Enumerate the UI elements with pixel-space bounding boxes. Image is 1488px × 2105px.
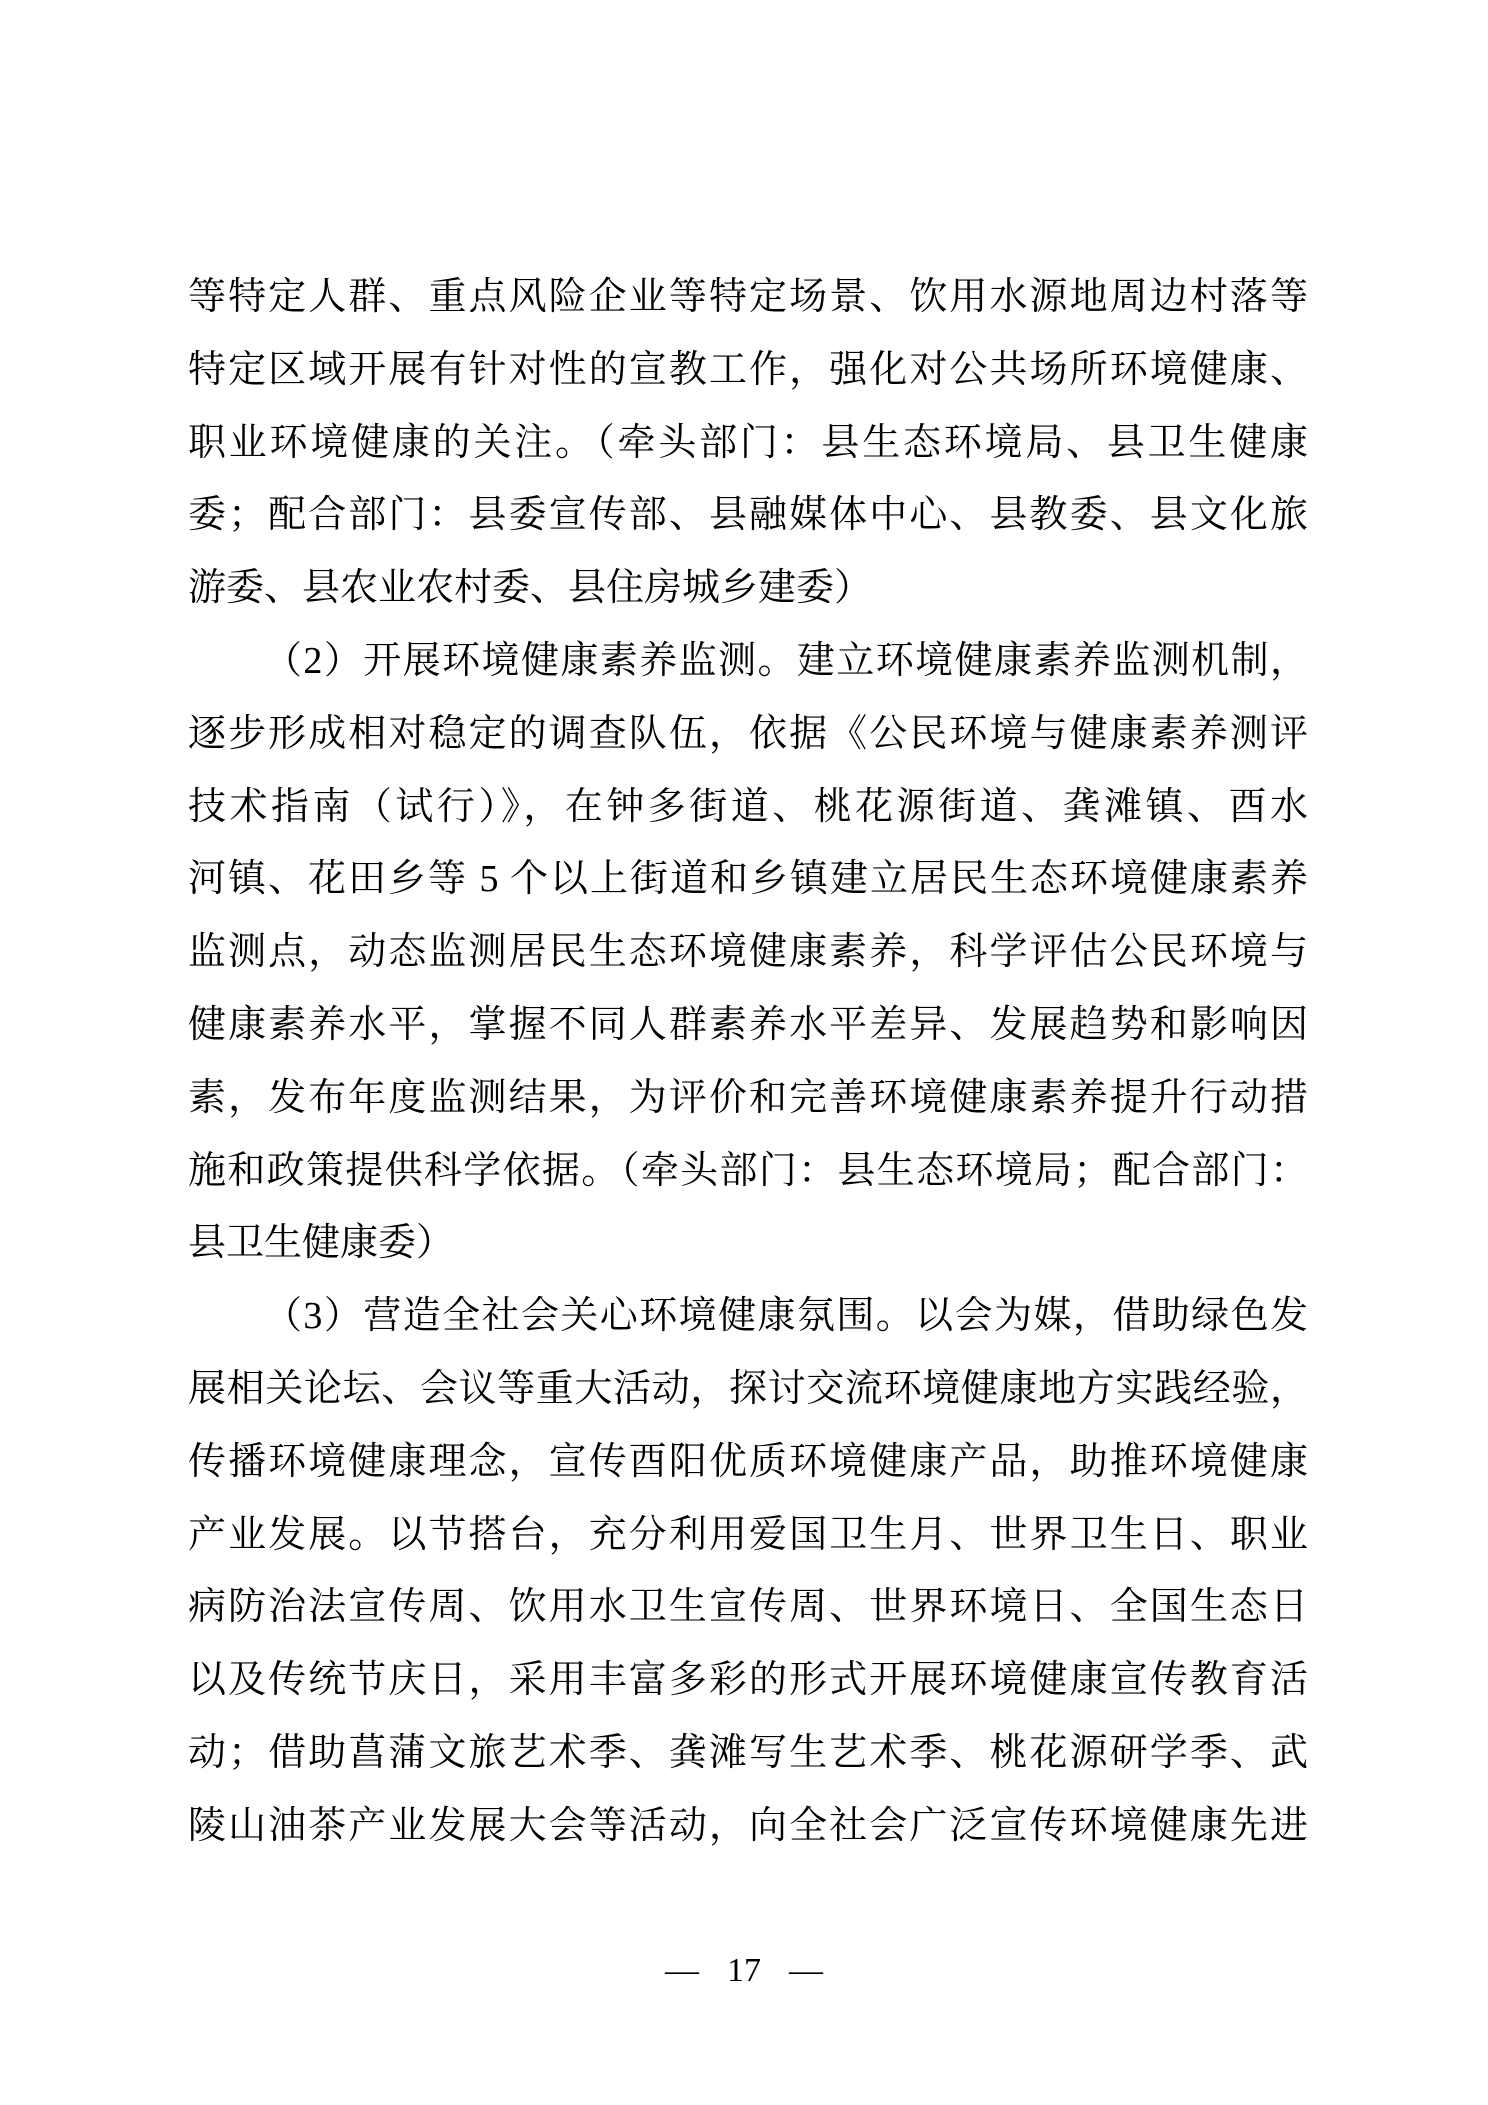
text-line-paragraph-2-start: （2）开展环境健康素养监测。建立环境健康素养监测机制， [188,625,1308,698]
text-line: 河镇、花田乡等 5 个以上街道和乡镇建立居民生态环境健康素养 [188,843,1308,916]
text-line: 技术指南（试行）》，在钟多街道、桃花源街道、龚滩镇、酉水 [188,771,1308,844]
text-line: 施和政策提供科学依据。（牵头部门：县生态环境局；配合部门： [188,1135,1308,1208]
text-line: 素，发布年度监测结果，为评价和完善环境健康素养提升行动措 [188,1062,1308,1135]
text-line: 展相关论坛、会议等重大活动，探讨交流环境健康地方实践经验， [188,1353,1308,1426]
document-body: 等特定人群、重点风险企业等特定场景、饮用水源地周边村落等 特定区域开展有针对性的… [188,261,1308,1863]
text-line: 监测点，动态监测居民生态环境健康素养，科学评估公民环境与 [188,916,1308,989]
text-line: 陵山油茶产业发展大会等活动，向全社会广泛宣传环境健康先进 [188,1790,1308,1863]
text-line: 游委、县农业农村委、县住房城乡建委） [188,552,1308,625]
text-line: 县卫生健康委） [188,1207,1308,1280]
text-line: 职业环境健康的关注。（牵头部门：县生态环境局、县卫生健康 [188,407,1308,480]
page-footer: —17— [0,1950,1488,1992]
footer-dash-left: — [665,1950,699,1992]
text-line: 产业发展。以节搭台，充分利用爱国卫生月、世界卫生日、职业 [188,1499,1308,1572]
document-page: 等特定人群、重点风险企业等特定场景、饮用水源地周边村落等 特定区域开展有针对性的… [0,0,1488,2105]
text-line: 传播环境健康理念，宣传酉阳优质环境健康产品，助推环境健康 [188,1426,1308,1499]
text-line-paragraph-3-start: （3）营造全社会关心环境健康氛围。以会为媒，借助绿色发 [188,1280,1308,1353]
text-line: 逐步形成相对稳定的调查队伍，依据《公民环境与健康素养测评 [188,698,1308,771]
text-line: 病防治法宣传周、饮用水卫生宣传周、世界环境日、全国生态日 [188,1571,1308,1644]
page-number: 17 [727,1950,761,1992]
text-line: 动；借助菖蒲文旅艺术季、龚滩写生艺术季、桃花源研学季、武 [188,1717,1308,1790]
text-line: 特定区域开展有针对性的宣教工作，强化对公共场所环境健康、 [188,334,1308,407]
footer-dash-right: — [789,1950,823,1992]
text-line: 等特定人群、重点风险企业等特定场景、饮用水源地周边村落等 [188,261,1308,334]
text-line: 健康素养水平，掌握不同人群素养水平差异、发展趋势和影响因 [188,989,1308,1062]
text-line: 委；配合部门：县委宣传部、县融媒体中心、县教委、县文化旅 [188,479,1308,552]
text-line: 以及传统节庆日，采用丰富多彩的形式开展环境健康宣传教育活 [188,1644,1308,1717]
